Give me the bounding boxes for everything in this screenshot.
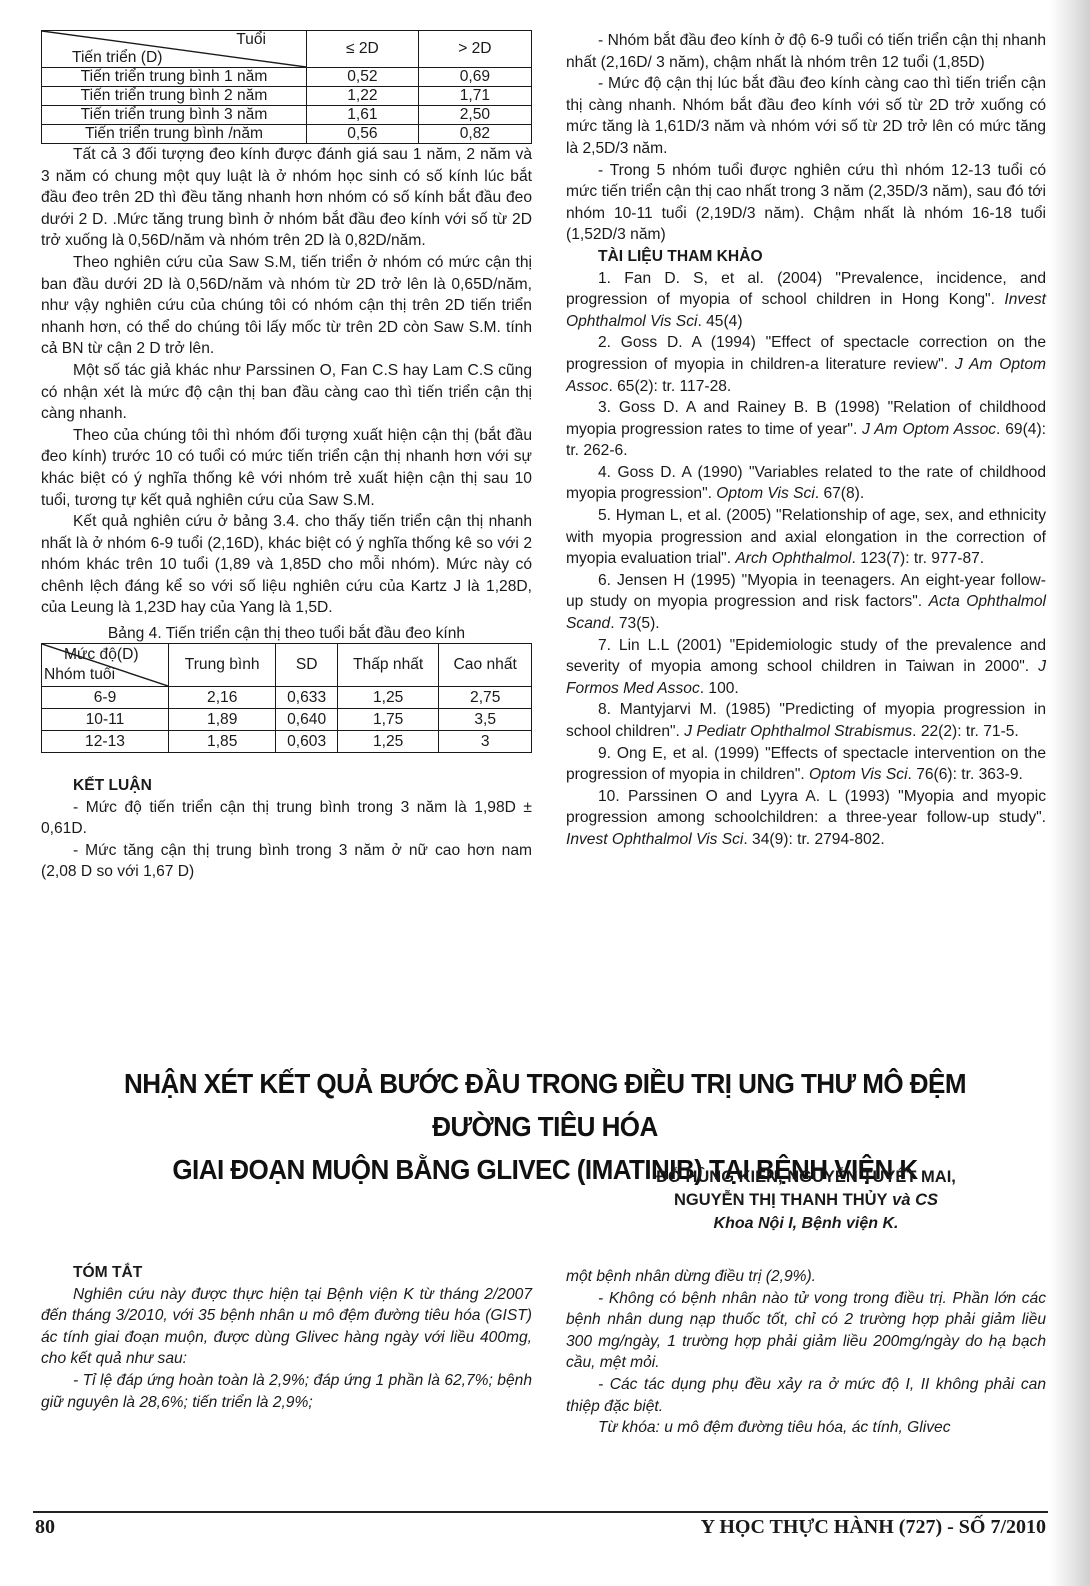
column-header: Thấp nhất — [337, 644, 438, 687]
body-paragraph: Theo của chúng tôi thì nhóm đối tượng xu… — [41, 425, 532, 511]
scanned-page-edge-shadow — [1050, 0, 1090, 1586]
abstract-right: một bệnh nhân dừng điều trị (2,9%). - Kh… — [566, 1266, 1046, 1439]
reference-item: 4. Goss D. A (1990) "Variables related t… — [566, 462, 1046, 505]
body-paragraph: Theo nghiên cứu của Saw S.M, tiến triển … — [41, 252, 532, 360]
table-row: Tiến triển trung bình /năm 0,56 0,82 — [42, 125, 532, 144]
conclusion-item: - Mức tăng cận thị trung bình trong 3 nă… — [41, 840, 532, 883]
journal-name: J Am Optom Assoc — [862, 421, 996, 438]
row-label: 6-9 — [42, 687, 169, 709]
table-row: 12-13 1,85 0,603 1,25 3 — [42, 731, 532, 753]
reference-item: 6. Jensen H (1995) "Myopia in teenagers.… — [566, 570, 1046, 635]
table-row: 6-9 2,16 0,633 1,25 2,75 — [42, 687, 532, 709]
progression-by-initial-power-table: Tuổi Tiến triển (D) ≤ 2D > 2D Tiến triển… — [41, 30, 532, 144]
cell-value: 2,75 — [439, 687, 532, 709]
column-header: Trung bình — [169, 644, 276, 687]
cell-value: 1,71 — [418, 87, 531, 106]
reference-item: 3. Goss D. A and Rainey B. B (1998) "Rel… — [566, 397, 1046, 462]
cell-value: 0,633 — [276, 687, 338, 709]
abstract-paragraph: - Các tác dụng phụ đều xảy ra ở mức độ I… — [566, 1374, 1046, 1417]
journal-name: Optom Vis Sci — [809, 766, 908, 783]
header-level: Mức độ(D) — [64, 645, 139, 665]
author-line: NGUYỄN THỊ THANH THỦY và CS — [566, 1189, 1046, 1212]
row-label: Tiến triển trung bình /năm — [42, 125, 307, 144]
body-paragraph: Tất cả 3 đối tượng đeo kính được đánh gi… — [41, 144, 532, 252]
row-label: 12-13 — [42, 731, 169, 753]
reference-item: 1. Fan D. S, et al. (2004) "Prevalence, … — [566, 268, 1046, 333]
page-number: 80 — [35, 1516, 55, 1539]
cell-value: 0,56 — [307, 125, 419, 144]
cell-value: 1,85 — [169, 731, 276, 753]
cell-value: 2,50 — [418, 106, 531, 125]
reference-item: 7. Lin L.L (2001) "Epidemiologic study o… — [566, 635, 1046, 700]
cell-value: 1,75 — [337, 709, 438, 731]
table-diagonal-header-cell: Mức độ(D) Nhóm tuổi — [42, 644, 169, 687]
table-row: 10-11 1,89 0,640 1,75 3,5 — [42, 709, 532, 731]
journal-name: Invest Ophthalmol Vis Sci — [566, 831, 743, 848]
journal-name: Optom Vis Sci — [716, 485, 815, 502]
cell-value: 0,603 — [276, 731, 338, 753]
reference-item: 5. Hyman L, et al. (2005) "Relationship … — [566, 505, 1046, 570]
cell-value: 1,61 — [307, 106, 419, 125]
conclusion-item: - Mức độ cận thị lúc bắt đầu đeo kính cà… — [566, 73, 1046, 159]
table-row: Tiến triển trung bình 2 năm 1,22 1,71 — [42, 87, 532, 106]
cell-value: 1,89 — [169, 709, 276, 731]
body-paragraph: Kết quả nghiên cứu ở bảng 3.4. cho thấy … — [41, 511, 532, 619]
author-line: ĐỖ HÙNG KIÊN, NGUYỄN TUYẾT MAI, — [566, 1166, 1046, 1189]
abstract-paragraph: - Tỉ lệ đáp ứng hoàn toàn là 2,9%; đáp ứ… — [41, 1370, 532, 1413]
table-caption: Bảng 4. Tiến triển cận thị theo tuổi bắt… — [41, 625, 532, 643]
abstract-left: TÓM TẮT Nghiên cứu này được thực hiện tạ… — [41, 1262, 532, 1413]
abstract-paragraph: một bệnh nhân dừng điều trị (2,9%). — [566, 1266, 1046, 1288]
reference-item: 8. Mantyjarvi M. (1985) "Predicting of m… — [566, 699, 1046, 742]
journal-name: Arch Ophthalmol — [735, 550, 851, 567]
article-title-line: NHẬN XÉT KẾT QUẢ BƯỚC ĐẦU TRONG ĐIỀU TRỊ… — [75, 1062, 1014, 1148]
conclusion-item: - Nhóm bắt đầu đeo kính ở độ 6-9 tuổi có… — [566, 30, 1046, 73]
body-paragraph: Một số tác giả khác như Parssinen O, Fan… — [41, 360, 532, 425]
et-al: và CS — [888, 1191, 938, 1209]
row-label: Tiến triển trung bình 3 năm — [42, 106, 307, 125]
column-header: Cao nhất — [439, 644, 532, 687]
reference-item: 10. Parssinen O and Lyyra A. L (1993) "M… — [566, 786, 1046, 851]
row-label: Tiến triển trung bình 1 năm — [42, 68, 307, 87]
affiliation: Khoa Nội I, Bệnh viện K. — [566, 1212, 1046, 1235]
abstract-paragraph: - Không có bệnh nhân nào tử vong trong đ… — [566, 1288, 1046, 1374]
reference-item: 9. Ong E, et al. (1999) "Effects of spec… — [566, 743, 1046, 786]
table-diagonal-header-cell: Tuổi Tiến triển (D) — [42, 31, 307, 68]
cell-value: 0,82 — [418, 125, 531, 144]
right-column: - Nhóm bắt đầu đeo kính ở độ 6-9 tuổi có… — [566, 30, 1046, 851]
left-column: Tuổi Tiến triển (D) ≤ 2D > 2D Tiến triển… — [41, 30, 532, 883]
row-label: Tiến triển trung bình 2 năm — [42, 87, 307, 106]
header-age: Tuổi — [236, 31, 266, 49]
conclusion-item: - Trong 5 nhóm tuổi được nghiên cứu thì … — [566, 160, 1046, 246]
conclusion-item: - Mức độ tiến triển cận thị trung bình t… — [41, 797, 532, 840]
cell-value: 0,52 — [307, 68, 419, 87]
journal-issue: Y HỌC THỰC HÀNH (727) - SỐ 7/2010 — [701, 1516, 1046, 1539]
cell-value: 1,22 — [307, 87, 419, 106]
column-header: > 2D — [418, 31, 531, 68]
table-row: Tiến triển trung bình 1 năm 0,52 0,69 — [42, 68, 532, 87]
cell-value: 1,25 — [337, 731, 438, 753]
cell-value: 1,25 — [337, 687, 438, 709]
reference-list: 1. Fan D. S, et al. (2004) "Prevalence, … — [566, 268, 1046, 851]
header-age-group: Nhóm tuổi — [44, 665, 115, 685]
section-heading-conclusion: KẾT LUẬN — [41, 775, 532, 797]
keywords: Từ khóa: u mô đệm đường tiêu hóa, ác tín… — [566, 1417, 1046, 1439]
cell-value: 3,5 — [439, 709, 532, 731]
author-block: ĐỖ HÙNG KIÊN, NGUYỄN TUYẾT MAI, NGUYỄN T… — [566, 1166, 1046, 1235]
abstract-paragraph: Nghiên cứu này được thực hiện tại Bệnh v… — [41, 1284, 532, 1370]
reference-item: 2. Goss D. A (1994) "Effect of spectacle… — [566, 332, 1046, 397]
section-heading-references: TÀI LIỆU THAM KHẢO — [566, 246, 1046, 268]
cell-value: 0,640 — [276, 709, 338, 731]
footer-divider — [33, 1511, 1048, 1513]
column-header: SD — [276, 644, 338, 687]
progression-by-age-table: Mức độ(D) Nhóm tuổi Trung bình SD Thấp n… — [41, 643, 532, 753]
cell-value: 3 — [439, 731, 532, 753]
journal-name: J Pediatr Ophthalmol Strabismus — [684, 723, 912, 740]
cell-value: 2,16 — [169, 687, 276, 709]
cell-value: 0,69 — [418, 68, 531, 87]
row-label: 10-11 — [42, 709, 169, 731]
table-row: Tiến triển trung bình 3 năm 1,61 2,50 — [42, 106, 532, 125]
header-progression: Tiến triển (D) — [72, 49, 162, 67]
column-header: ≤ 2D — [307, 31, 419, 68]
section-heading-summary: TÓM TẮT — [41, 1262, 532, 1284]
